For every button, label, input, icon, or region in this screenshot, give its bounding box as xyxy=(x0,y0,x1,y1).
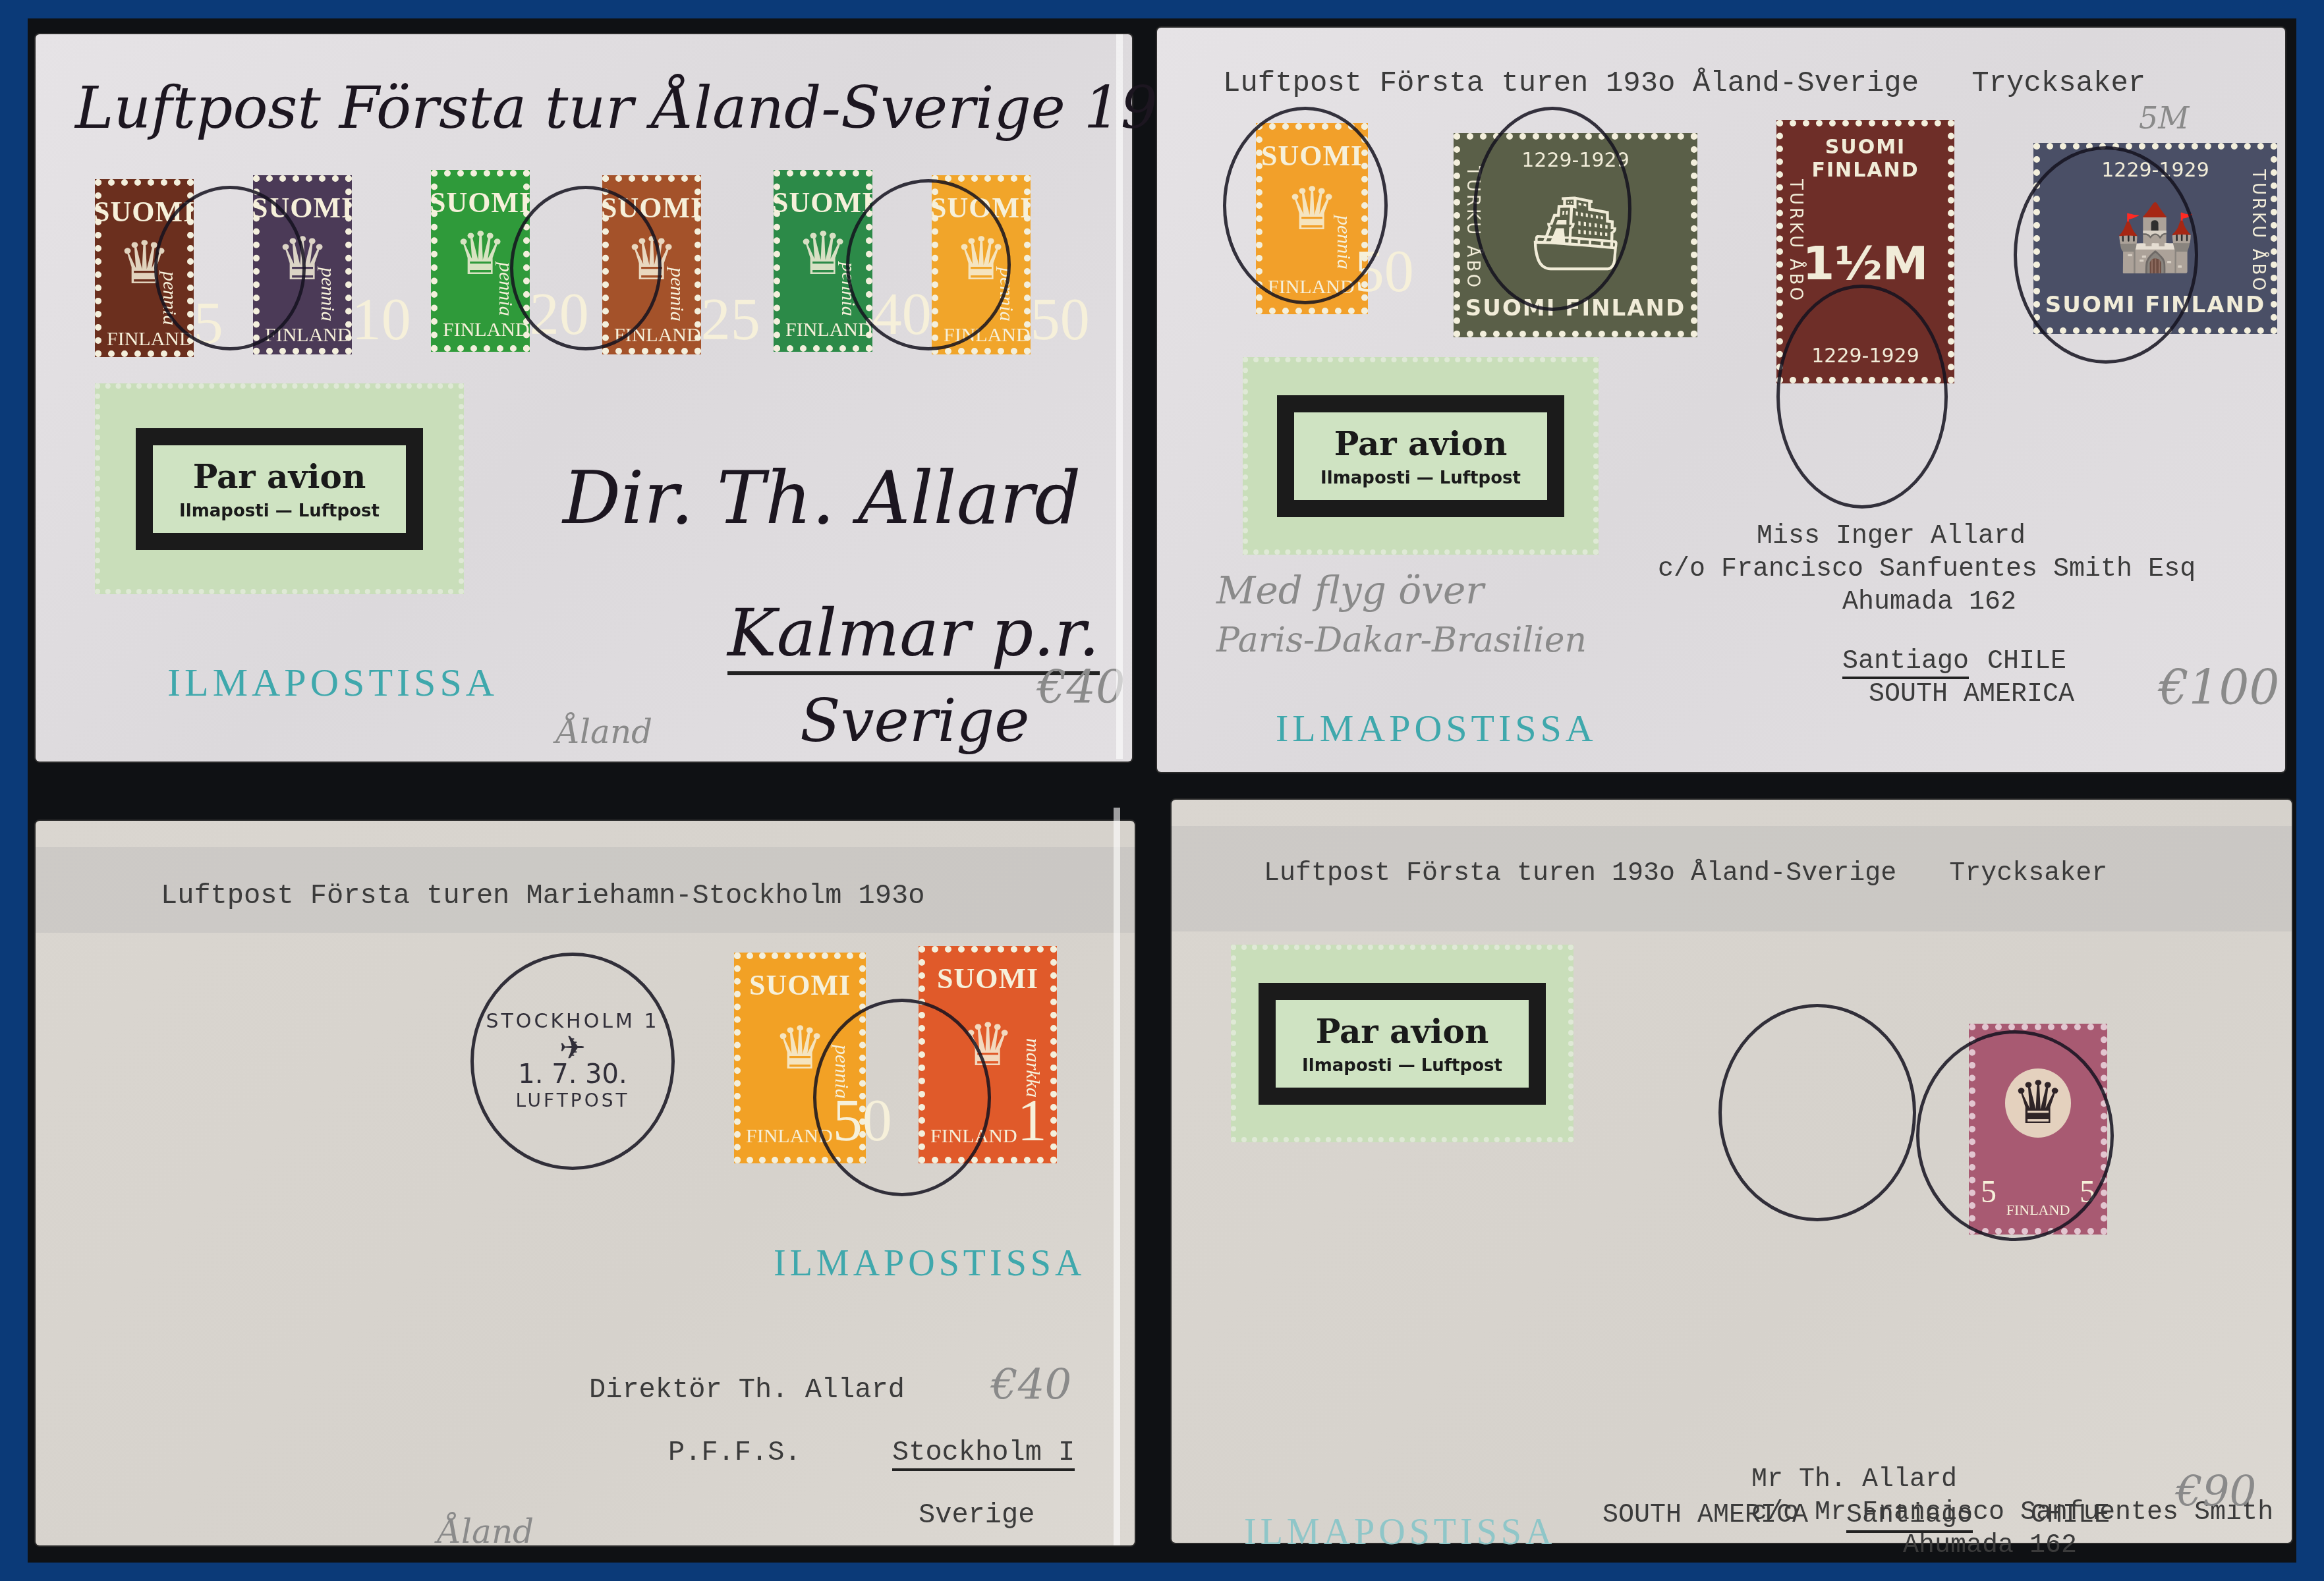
address-city: Santiago xyxy=(1842,647,1969,679)
postmark-mariehamn xyxy=(1223,107,1388,304)
cover-top-right[interactable]: Luftpost Första turen 193o Åland-Sverige… xyxy=(1157,28,2285,772)
address-continent: SOUTH AMERICA xyxy=(1869,680,2074,709)
airmail-label: Par avion Ilmaposti — Luftpost xyxy=(95,383,464,594)
airmail-label: Par avion Ilmaposti — Luftpost xyxy=(1231,945,1573,1142)
postmark-mariehamn xyxy=(1916,1030,2114,1241)
address-line-3: Ahumada 162 xyxy=(1903,1531,2077,1561)
address-line-1: Direktör Th. Allard xyxy=(589,1374,905,1406)
cover-bottom-right[interactable]: Luftpost Första turen 193o Åland-Sverige… xyxy=(1172,800,2292,1543)
airplane-icon: ✈ xyxy=(486,1035,660,1061)
postmark-mariehamn xyxy=(813,999,991,1196)
address-line-2-right: Stockholm I xyxy=(892,1437,1075,1471)
pencil-corner-note: 5M xyxy=(2139,100,2189,136)
postmark-circle xyxy=(846,179,1011,350)
sleeve-edge xyxy=(1114,808,1120,1545)
price-note: €40 xyxy=(991,1361,1071,1410)
sleeve-edge xyxy=(1116,34,1123,759)
album-page: Luftpost Första tur Åland-Sverige 1930 S… xyxy=(28,18,2296,1563)
typed-header: Luftpost Första turen Mariehamn-Stockhol… xyxy=(161,880,924,912)
airmail-label: Par avion Ilmaposti — Luftpost xyxy=(1243,357,1599,555)
address-line-1: Dir. Th. Allard xyxy=(563,456,1081,540)
cover-bottom-left[interactable]: Luftpost Första turen Mariehamn-Stockhol… xyxy=(36,821,1135,1545)
ilmapostissa-cachet: ILMAPOSTISSA xyxy=(1276,706,1597,750)
address-line-1: Miss Inger Allard xyxy=(1757,522,2026,551)
postmark-mariehamn xyxy=(1718,1004,1916,1221)
address-line-3: Sverige xyxy=(800,686,1029,756)
pencil-note: Åland xyxy=(556,713,652,751)
postmark-mariehamn xyxy=(1473,107,1631,311)
ilmapostissa-cachet: ILMAPOSTISSA xyxy=(167,660,498,706)
postmark-circle xyxy=(154,186,306,350)
address-line-2: c/o Francisco Sanfuentes Smith Esq xyxy=(1658,555,2196,584)
typed-header: Luftpost Första turen 193o Åland-Sverige… xyxy=(1264,859,2107,889)
postmark-mariehamn xyxy=(1776,285,1948,509)
postmark-circle xyxy=(510,186,662,350)
address-country: CHILE xyxy=(1987,647,2066,677)
ilmapostissa-cachet: ILMAPOSTISSA xyxy=(1244,1511,1556,1553)
price-note: €100 xyxy=(2159,660,2279,715)
address-continent: SOUTH AMERICA xyxy=(1602,1501,1808,1530)
pencil-note-1: Med flyg över xyxy=(1216,568,1484,613)
address-country: CHILE xyxy=(2031,1501,2110,1530)
address-line-3: Sverige xyxy=(919,1499,1034,1531)
postmark-stockholm: STOCKHOLM 1 ✈ 1. 7. 30. LUFTPOST xyxy=(470,953,675,1170)
pencil-note-2: Paris-Dakar-Brasilien xyxy=(1216,621,1587,660)
postmark-mariehamn xyxy=(2014,146,2198,364)
typed-header: Luftpost Första turen 193o Åland-Sverige… xyxy=(1223,67,2145,100)
handwritten-header: Luftpost Första tur Åland-Sverige 1930 xyxy=(75,74,1232,142)
address-line-3: Ahumada 162 xyxy=(1842,588,2016,617)
address-line-2-left: P.F.F.S. xyxy=(668,1437,801,1468)
cover-top-left[interactable]: Luftpost Första tur Åland-Sverige 1930 S… xyxy=(36,34,1132,762)
price-note: €90 xyxy=(2176,1468,2256,1516)
address-city: Santiago xyxy=(1846,1501,1973,1533)
price-note: €40 xyxy=(1037,660,1125,714)
pencil-note: Åland xyxy=(438,1512,534,1551)
address-line-1: Mr Th. Allard xyxy=(1751,1465,1957,1495)
ilmapostissa-cachet: ILMAPOSTISSA xyxy=(774,1242,1085,1285)
